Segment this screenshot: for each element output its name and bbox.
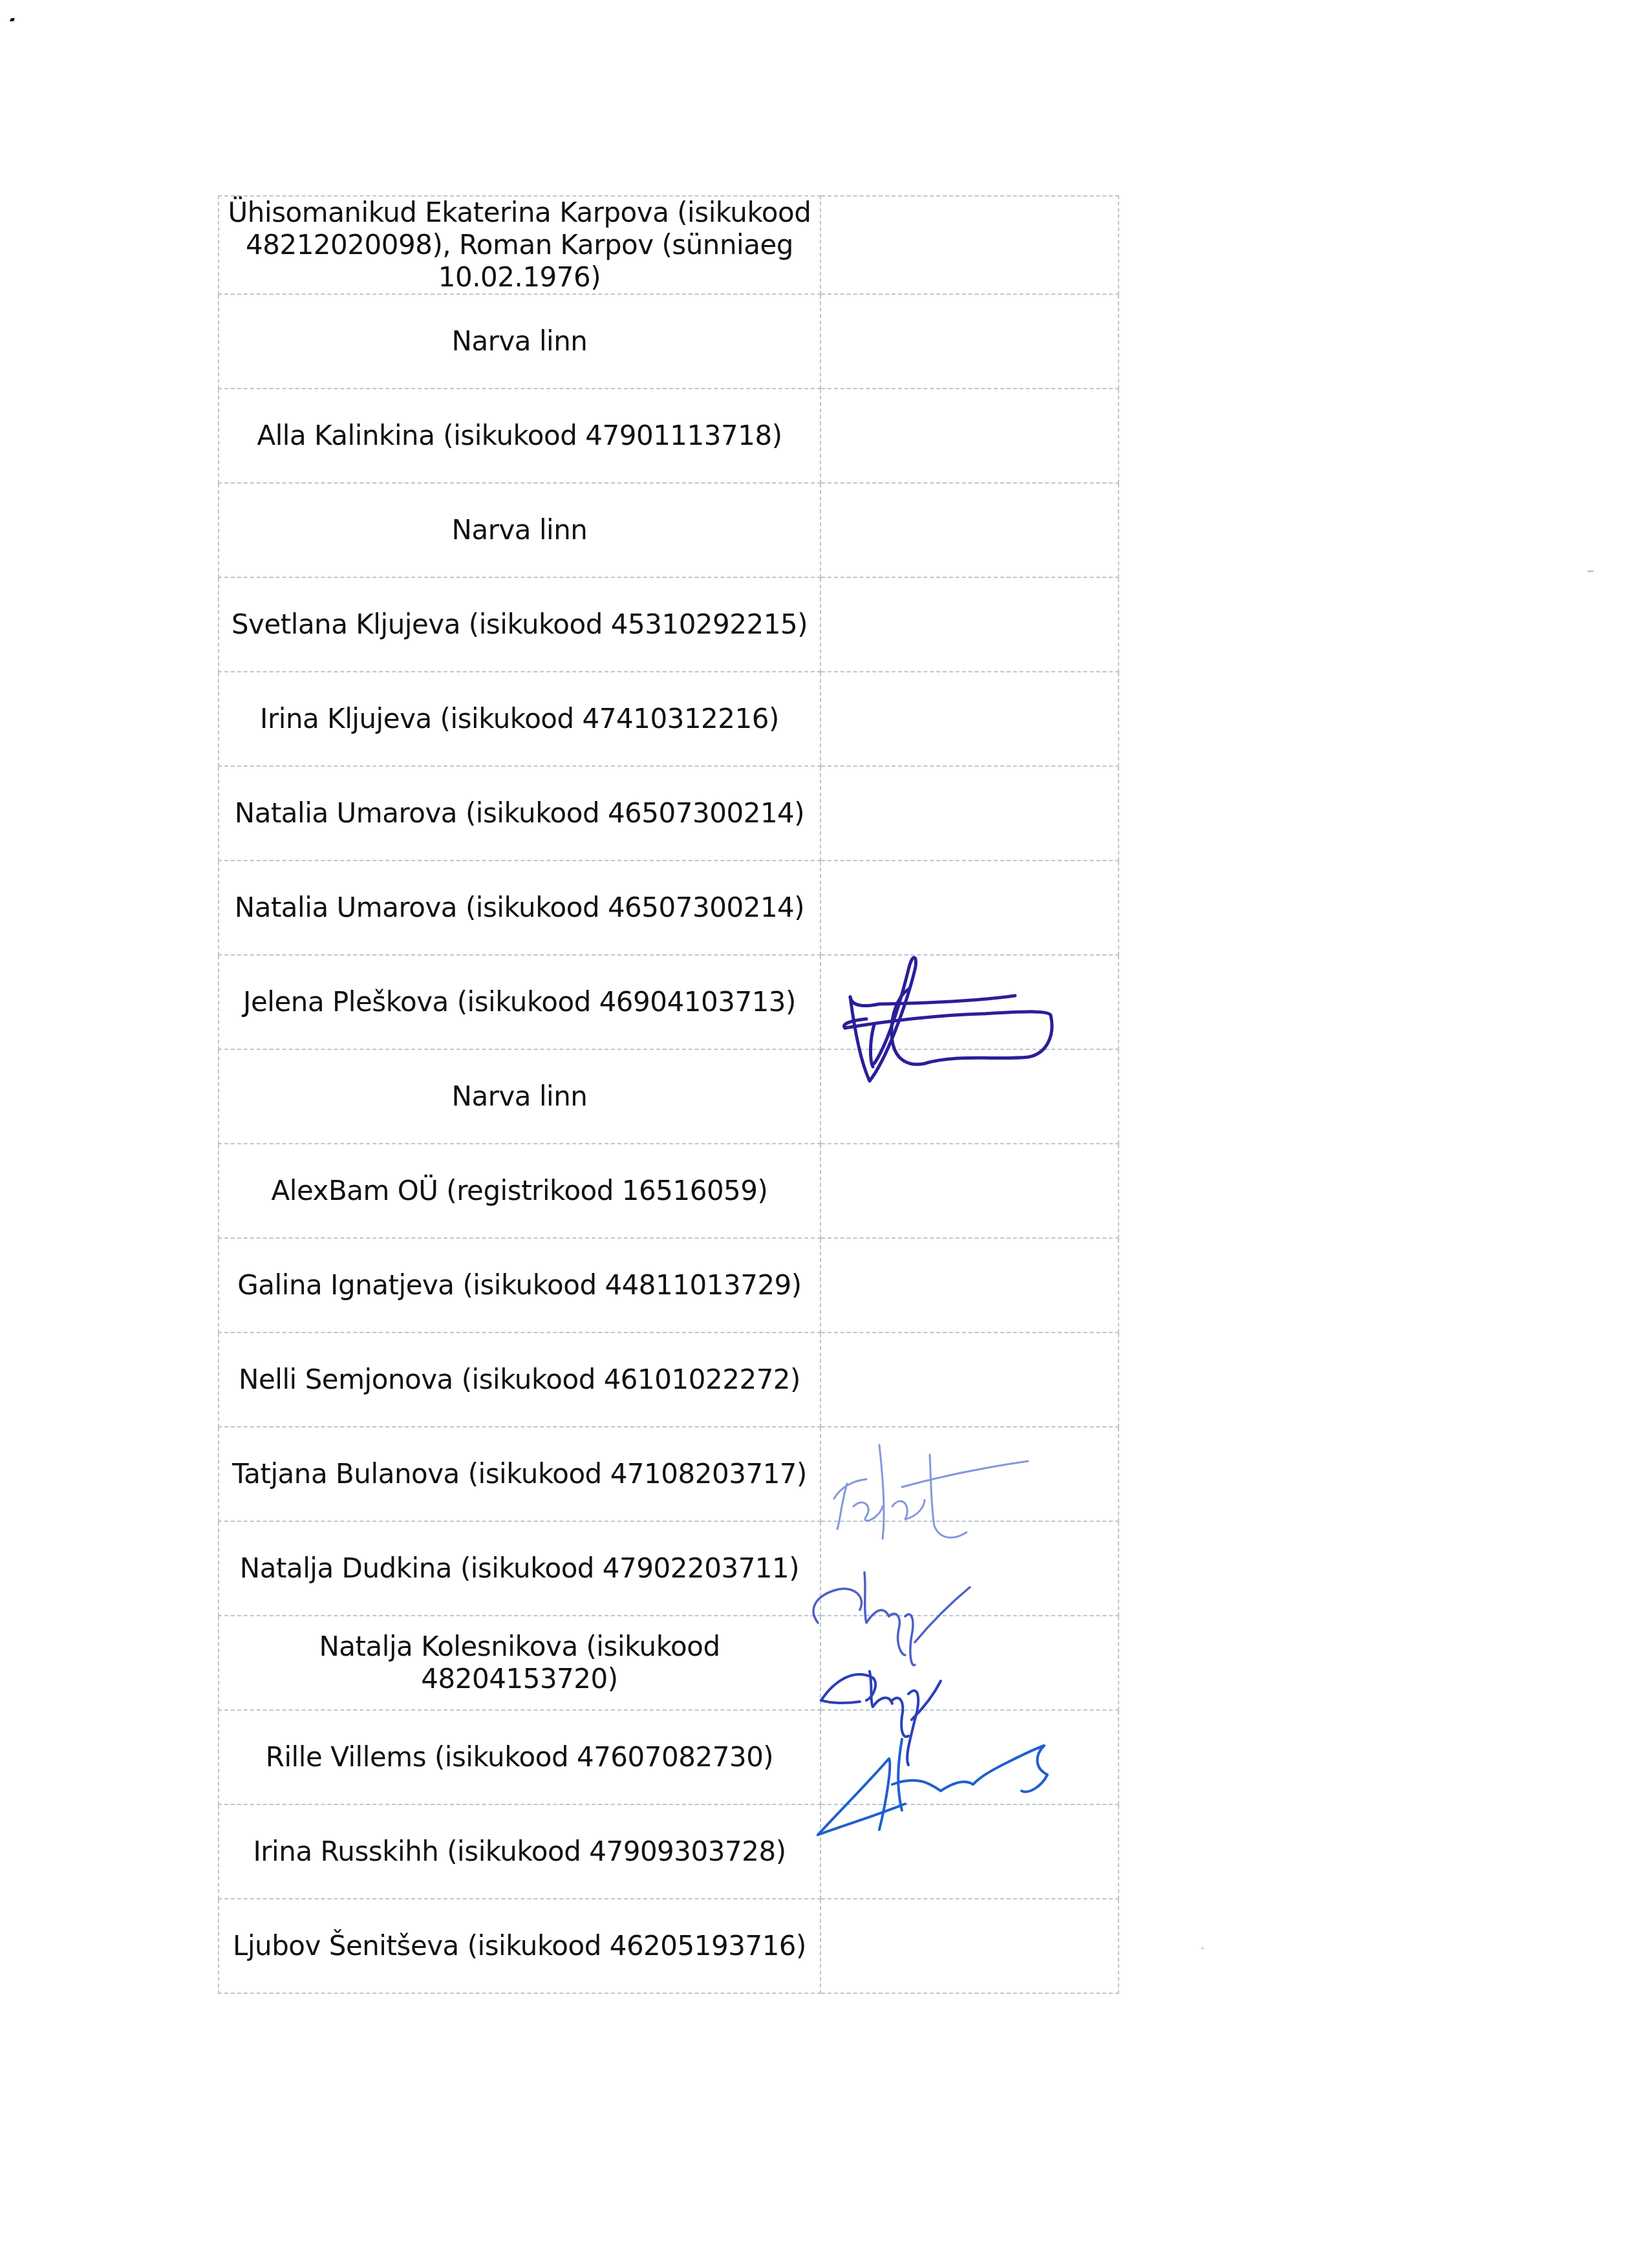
table-row: Natalja Dudkina (isikukood 47902203711) bbox=[219, 1521, 1119, 1616]
table-row: Jelena Pleškova (isikukood 46904103713) bbox=[219, 955, 1119, 1049]
table-row: Irina Kljujeva (isikukood 47410312216) bbox=[219, 672, 1119, 766]
table-row: Galina Ignatjeva (isikukood 44811013729) bbox=[219, 1238, 1119, 1332]
signature-cell bbox=[820, 1616, 1119, 1710]
signature-cell bbox=[820, 1521, 1119, 1616]
signer-name: Rille Villems (isikukood 47607082730) bbox=[219, 1710, 820, 1804]
scan-speck bbox=[1201, 1947, 1204, 1949]
signer-name: Irina Kljujeva (isikukood 47410312216) bbox=[219, 672, 820, 766]
signer-name: Galina Ignatjeva (isikukood 44811013729) bbox=[219, 1238, 820, 1332]
document-page: Ühisomanikud Ekaterina Karpova (isikukoo… bbox=[0, 0, 1650, 2268]
signature-cell bbox=[820, 389, 1119, 483]
signature-cell bbox=[820, 1049, 1119, 1144]
signature-cell bbox=[820, 672, 1119, 766]
table-row: Ljubov Šenitševa (isikukood 46205193716) bbox=[219, 1899, 1119, 1993]
signature-cell bbox=[820, 1899, 1119, 1993]
table-row: Narva linn bbox=[219, 1049, 1119, 1144]
signer-name: Nelli Semjonova (isikukood 46101022272) bbox=[219, 1332, 820, 1427]
signature-cell bbox=[820, 294, 1119, 389]
table-row: Alla Kalinkina (isikukood 47901113718) bbox=[219, 389, 1119, 483]
table-row: Narva linn bbox=[219, 294, 1119, 389]
table-row: AlexBam OÜ (registrikood 16516059) bbox=[219, 1144, 1119, 1238]
signer-name: Svetlana Kljujeva (isikukood 45310292215… bbox=[219, 577, 820, 672]
signer-name: Ühisomanikud Ekaterina Karpova (isikukoo… bbox=[219, 196, 820, 294]
scan-artifact bbox=[10, 18, 15, 21]
table-row: Nelli Semjonova (isikukood 46101022272) bbox=[219, 1332, 1119, 1427]
signer-name: Narva linn bbox=[219, 1049, 820, 1144]
table-row: Narva linn bbox=[219, 483, 1119, 577]
signer-name: Ljubov Šenitševa (isikukood 46205193716) bbox=[219, 1899, 820, 1993]
table-row: Rille Villems (isikukood 47607082730) bbox=[219, 1710, 1119, 1804]
signature-cell bbox=[820, 1427, 1119, 1521]
table-row: Natalja Kolesnikova (isikukood 482041537… bbox=[219, 1616, 1119, 1710]
signature-table: Ühisomanikud Ekaterina Karpova (isikukoo… bbox=[218, 195, 1119, 1994]
signature-cell bbox=[820, 955, 1119, 1049]
signature-cell bbox=[820, 861, 1119, 955]
signer-name: Tatjana Bulanova (isikukood 47108203717) bbox=[219, 1427, 820, 1521]
signature-cell bbox=[820, 483, 1119, 577]
signature-cell bbox=[820, 1238, 1119, 1332]
signer-name: Alla Kalinkina (isikukood 47901113718) bbox=[219, 389, 820, 483]
signature-cell bbox=[820, 1144, 1119, 1238]
table-row: Tatjana Bulanova (isikukood 47108203717) bbox=[219, 1427, 1119, 1521]
signer-name: Natalja Dudkina (isikukood 47902203711) bbox=[219, 1521, 820, 1616]
signer-name: Natalia Umarova (isikukood 46507300214) bbox=[219, 766, 820, 861]
signer-name: Natalia Umarova (isikukood 46507300214) bbox=[219, 861, 820, 955]
table-row: Ühisomanikud Ekaterina Karpova (isikukoo… bbox=[219, 196, 1119, 294]
table-row: Irina Russkihh (isikukood 47909303728) bbox=[219, 1804, 1119, 1899]
scan-speck bbox=[1587, 570, 1594, 572]
table-row: Svetlana Kljujeva (isikukood 45310292215… bbox=[219, 577, 1119, 672]
signer-name: Jelena Pleškova (isikukood 46904103713) bbox=[219, 955, 820, 1049]
signature-cell bbox=[820, 766, 1119, 861]
signature-cell bbox=[820, 1332, 1119, 1427]
signature-cell bbox=[820, 577, 1119, 672]
signer-name: Narva linn bbox=[219, 294, 820, 389]
signer-name: Narva linn bbox=[219, 483, 820, 577]
signer-name: Natalja Kolesnikova (isikukood 482041537… bbox=[219, 1616, 820, 1710]
signer-name: AlexBam OÜ (registrikood 16516059) bbox=[219, 1144, 820, 1238]
table-row: Natalia Umarova (isikukood 46507300214) bbox=[219, 766, 1119, 861]
signature-cell bbox=[820, 1710, 1119, 1804]
table-row: Natalia Umarova (isikukood 46507300214) bbox=[219, 861, 1119, 955]
signature-cell bbox=[820, 1804, 1119, 1899]
signature-cell bbox=[820, 196, 1119, 294]
signer-name: Irina Russkihh (isikukood 47909303728) bbox=[219, 1804, 820, 1899]
